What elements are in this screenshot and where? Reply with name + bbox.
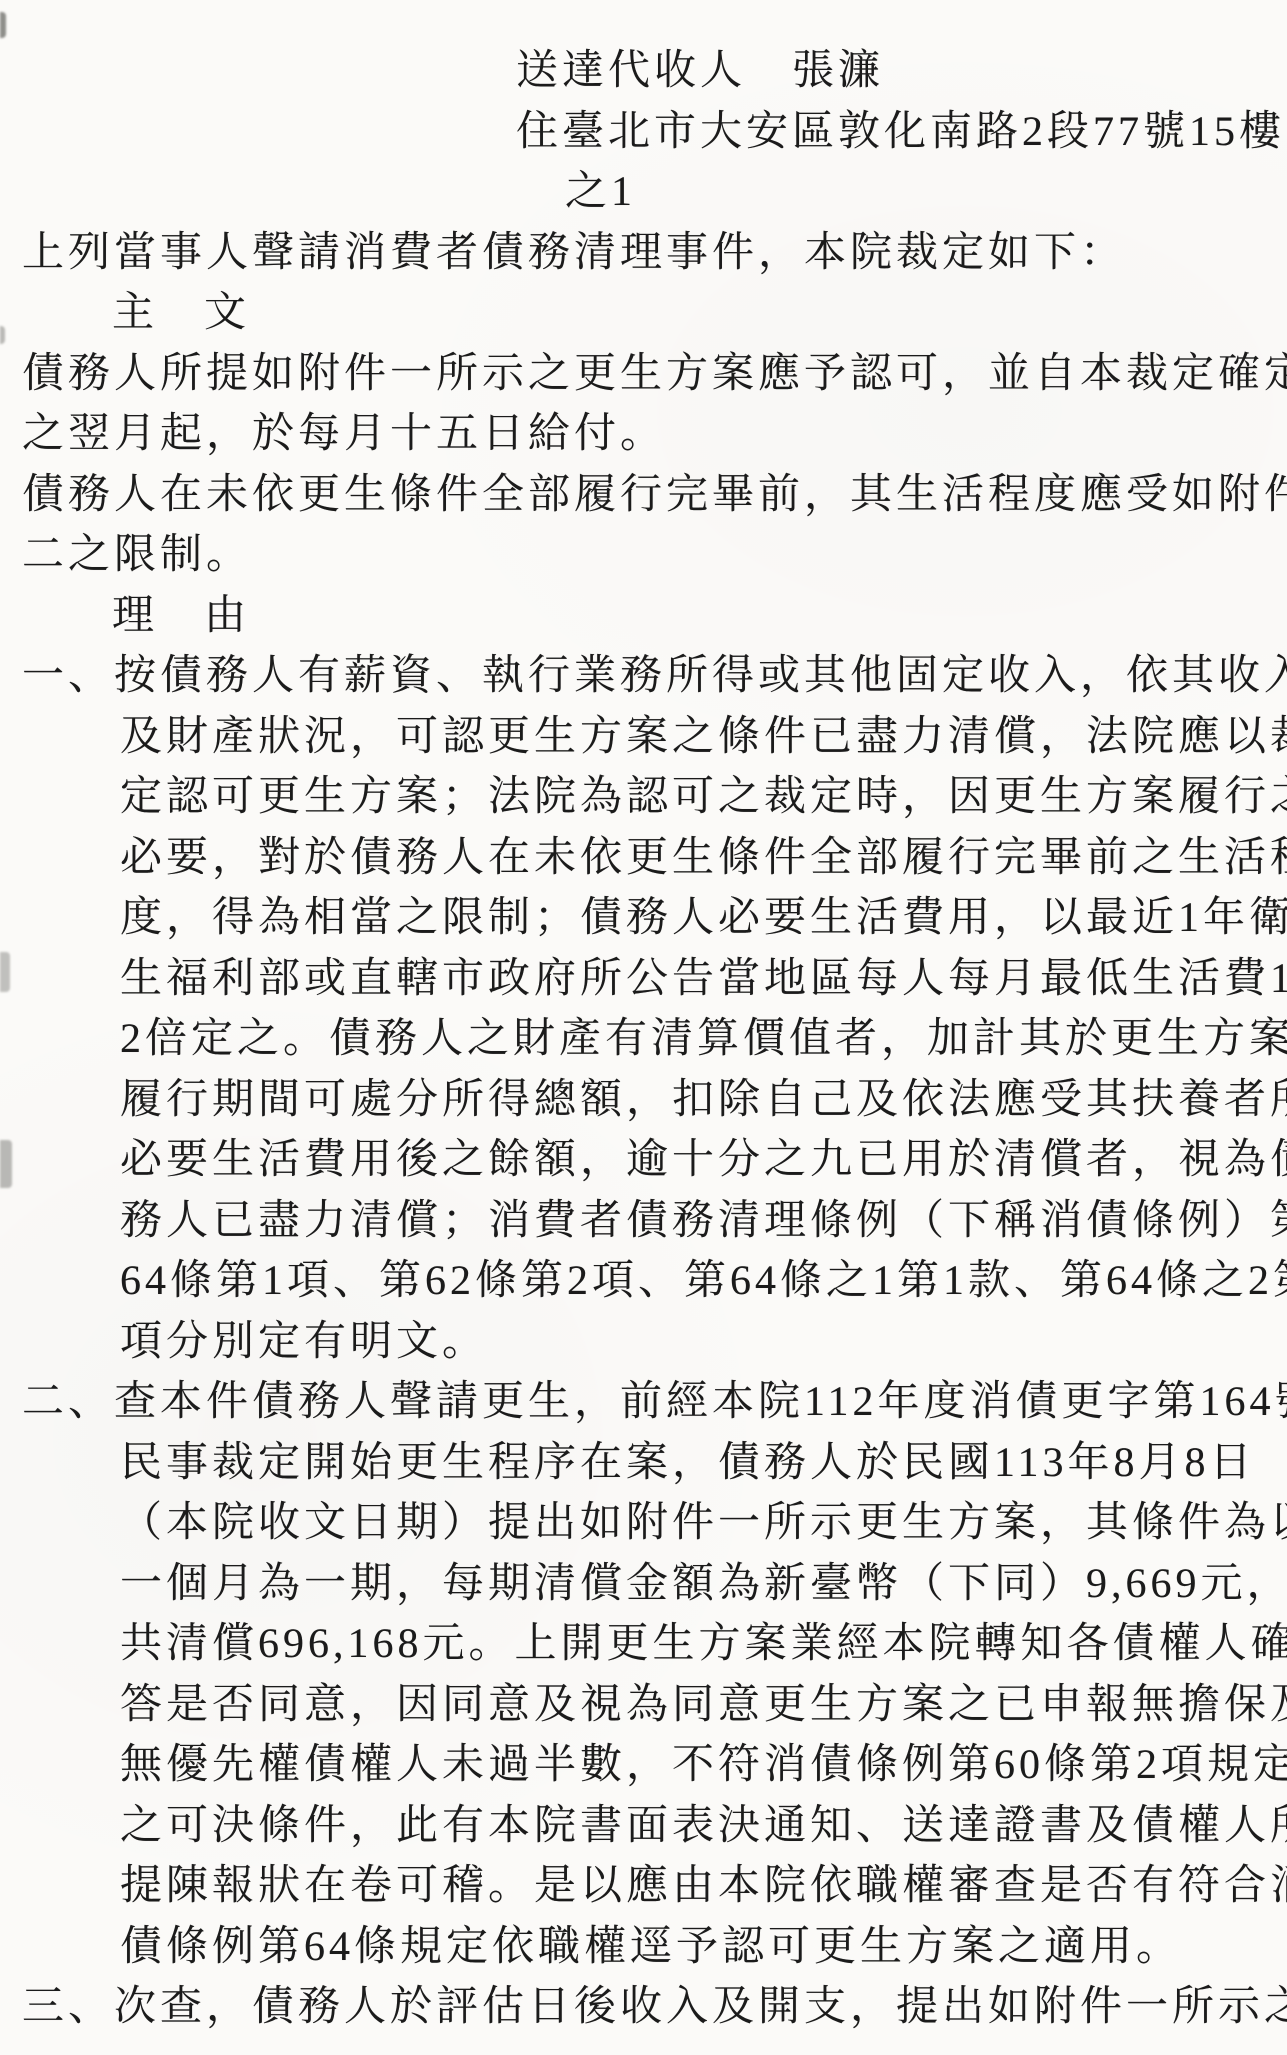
reason-item-3: 三、次查，債務人於評估日後收入及開支，提出如附件一所示之 bbox=[0, 1977, 1287, 2038]
reason-item-line: 定認可更生方案；法院為認可之裁定時，因更生方案履行之 bbox=[0, 767, 1287, 828]
reason-item-line: 民事裁定開始更生程序在案，債務人於民國113年8月8日 bbox=[0, 1433, 1287, 1494]
scan-artifact bbox=[0, 952, 10, 992]
reason-item-line: 2倍定之。債務人之財產有清算價值者，加計其於更生方案 bbox=[0, 1009, 1287, 1070]
reason-item-line: 履行期間可處分所得總額，扣除自己及依法應受其扶養者所 bbox=[0, 1070, 1287, 1131]
reason-item-line: 提陳報狀在卷可稽。是以應由本院依職權審查是否有符合消 bbox=[0, 1856, 1287, 1917]
reason-item-line: 度，得為相當之限制；債務人必要生活費用，以最近1年衛 bbox=[0, 888, 1287, 949]
reason-item-line: 一個月為一期，每期清償金額為新臺幣（下同）9,669元， bbox=[0, 1554, 1287, 1615]
service-recipient-block: 送達代收人 張濂 住臺北市大安區敦化南路2段77號15樓 之1 bbox=[0, 41, 1287, 223]
reason-item-line: （本院收文日期）提出如附件一所示更生方案，其條件為以 bbox=[0, 1493, 1287, 1554]
reason-item-line: 二、查本件債務人聲請更生，前經本院112年度消債更字第164號 bbox=[0, 1372, 1287, 1433]
main-text-line: 之翌月起，於每月十五日給付。 bbox=[0, 404, 1287, 465]
main-text-line: 二之限制。 bbox=[0, 525, 1287, 586]
reason-item-line: 64條第1項、第62條第2項、第64條之1第1款、第64條之2第1 bbox=[0, 1251, 1287, 1312]
reason-item-line: 一、按債務人有薪資、執行業務所得或其他固定收入，依其收入 bbox=[0, 646, 1287, 707]
main-text-section: 主 文 債務人所提如附件一所示之更生方案應予認可，並自本裁定確定 之翌月起，於每… bbox=[0, 283, 1287, 586]
reasons-heading: 理 由 bbox=[0, 586, 1287, 647]
court-ruling-scan-page: 送達代收人 張濂 住臺北市大安區敦化南路2段77號15樓 之1 上列當事人聲請消… bbox=[0, 0, 1287, 2055]
scan-artifact bbox=[0, 1140, 12, 1188]
reason-item-line: 必要，對於債務人在未依更生條件全部履行完畢前之生活程 bbox=[0, 828, 1287, 889]
reasons-section: 理 由 一、按債務人有薪資、執行業務所得或其他固定收入，依其收入 及財產狀況，可… bbox=[0, 586, 1287, 2038]
scan-artifact bbox=[0, 12, 6, 38]
service-recipient-address-continuation: 之1 bbox=[0, 162, 1287, 223]
main-text-line: 債務人在未依更生條件全部履行完畢前，其生活程度應受如附件 bbox=[0, 465, 1287, 526]
ruling-intro-line: 上列當事人聲請消費者債務清理事件，本院裁定如下： bbox=[0, 223, 1287, 284]
reason-item-line: 三、次查，債務人於評估日後收入及開支，提出如附件一所示之 bbox=[0, 1977, 1287, 2038]
reason-item-line: 及財產狀況，可認更生方案之條件已盡力清償，法院應以裁 bbox=[0, 707, 1287, 768]
main-text-heading: 主 文 bbox=[0, 283, 1287, 344]
scan-artifact bbox=[0, 326, 5, 344]
service-recipient-name-line: 送達代收人 張濂 bbox=[0, 41, 1287, 102]
reason-item-line: 務人已盡力清償；消費者債務清理條例（下稱消債條例）第 bbox=[0, 1191, 1287, 1252]
ruling-body: 上列當事人聲請消費者債務清理事件，本院裁定如下： 主 文 債務人所提如附件一所示… bbox=[0, 223, 1287, 2038]
reason-item-line: 無優先權債權人未過半數，不符消債條例第60條第2項規定 bbox=[0, 1735, 1287, 1796]
reason-item-line: 債條例第64條規定依職權逕予認可更生方案之適用。 bbox=[0, 1917, 1287, 1978]
service-recipient-address-line: 住臺北市大安區敦化南路2段77號15樓 bbox=[0, 102, 1287, 163]
reason-item-line: 項分別定有明文。 bbox=[0, 1312, 1287, 1373]
main-text-line: 債務人所提如附件一所示之更生方案應予認可，並自本裁定確定 bbox=[0, 344, 1287, 405]
reason-item-line: 之可決條件，此有本院書面表決通知、送達證書及債權人所 bbox=[0, 1796, 1287, 1857]
reason-item-line: 共清償696,168元。上開更生方案業經本院轉知各債權人確 bbox=[0, 1614, 1287, 1675]
reason-item-1: 一、按債務人有薪資、執行業務所得或其他固定收入，依其收入 及財產狀況，可認更生方… bbox=[0, 646, 1287, 1372]
reason-item-line: 必要生活費用後之餘額，逾十分之九已用於清償者，視為債 bbox=[0, 1130, 1287, 1191]
reason-item-2: 二、查本件債務人聲請更生，前經本院112年度消債更字第164號 民事裁定開始更生… bbox=[0, 1372, 1287, 1977]
reason-item-line: 生福利部或直轄市政府所公告當地區每人每月最低生活費1. bbox=[0, 949, 1287, 1010]
reason-item-line: 答是否同意，因同意及視為同意更生方案之已申報無擔保及 bbox=[0, 1675, 1287, 1736]
